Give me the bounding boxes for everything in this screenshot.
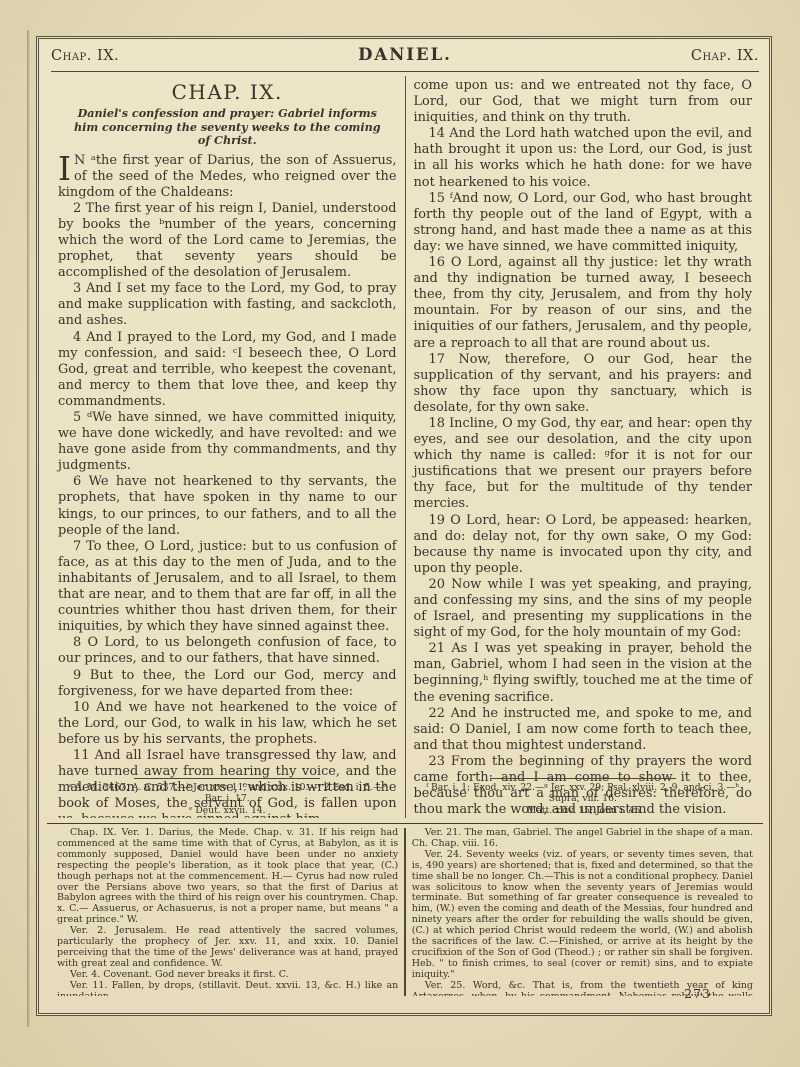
page-gutter-edge xyxy=(27,30,30,1027)
column-divider xyxy=(405,76,406,818)
verse: 15 ᶠAnd now, O Lord, our God, who hast b… xyxy=(414,191,753,255)
main-text-area: CHAP. IX. Daniel's confession and prayer… xyxy=(51,76,759,818)
verse: 21 As I was yet speaking in prayer, beho… xyxy=(414,641,753,705)
page-frame: Chap. IX. DANIEL. Chap. IX. CHAP. IX. Da… xyxy=(36,36,772,1016)
verse: 20 Now while I was yet speaking, and pra… xyxy=(414,577,753,641)
verse-1: IN ᵃthe first year of Darius, the son of… xyxy=(58,153,397,201)
footnote-rule xyxy=(134,778,320,779)
commentary-paragraph: Ver. 24. Seventy weeks (viz. of years, o… xyxy=(412,850,753,981)
verse: 3 And I set my face to the Lord, my God,… xyxy=(58,281,397,329)
right-text-column: come upon us: and we entreated not thy f… xyxy=(407,76,760,818)
left-text-column: CHAP. IX. Daniel's confession and prayer… xyxy=(51,76,404,818)
header-rule xyxy=(51,71,759,72)
footnote-rule xyxy=(490,778,676,779)
verse: 18 Incline, O my God, thy ear, and hear:… xyxy=(414,416,753,513)
verse: 6 We have not hearkened to thy servants,… xyxy=(58,474,397,538)
footnote-line: ᵉ Deut. xxvii. 14. xyxy=(58,805,397,816)
dropcap-letter: I xyxy=(58,153,74,183)
verse: 22 And he instructed me, and spoke to me… xyxy=(414,706,753,754)
verse: 14 And the Lord hath watched upon the ev… xyxy=(414,126,753,190)
running-head-right: Chap. IX. xyxy=(589,48,759,64)
right-footnotes: ᶠ Bar. i. 1; Exod. xiv. 22.—ᵍ Jer. xxv. … xyxy=(414,778,753,816)
commentary-divider-rule xyxy=(47,823,763,824)
commentary-left-column: Chap. IX. Ver. 1. Darius, the Mede. Chap… xyxy=(51,828,404,996)
verse: 5 ᵈWe have sinned, we have committed ini… xyxy=(58,410,397,474)
page-number: 273 xyxy=(684,986,711,1001)
chapter-heading: CHAP. IX. xyxy=(58,80,397,104)
verse: 10 And we have not hearkened to the voic… xyxy=(58,700,397,748)
footnote-line: ᶠ Bar. i. 1; Exod. xiv. 22.—ᵍ Jer. xxv. … xyxy=(414,782,753,805)
left-footnotes: ᵃ A. M. 3467, A. C. 537.—ᵇ Jer. xxv. 11,… xyxy=(58,778,397,816)
verse: 9 But to thee, the Lord our God, mercy a… xyxy=(58,668,397,700)
verse: 8 O Lord, to us belongeth confusion of f… xyxy=(58,635,397,667)
footnote-lines: ᶠ Bar. i. 1; Exod. xiv. 22.—ᵍ Jer. xxv. … xyxy=(414,782,753,816)
commentary-paragraph: Ver. 2. Jerusalem. He read attentively t… xyxy=(57,926,398,970)
verse: 4 And I prayed to the Lord, my God, and … xyxy=(58,330,397,410)
commentary-paragraph: Ver. 11. Fallen, by drops, (stillavit. D… xyxy=(57,981,398,996)
verse: 7 To thee, O Lord, justice: but to us co… xyxy=(58,539,397,636)
verse-13-continuation: come upon us: and we entreated not thy f… xyxy=(414,78,753,126)
verse: 2 The first year of his reign I, Daniel,… xyxy=(58,201,397,281)
commentary-paragraph: Ver. 21. The man, Gabriel. The angel Gab… xyxy=(412,828,753,850)
commentary-paragraph: Chap. IX. Ver. 1. Darius, the Mede. Chap… xyxy=(57,828,398,926)
chapter-argument: Daniel's confession and prayer: Gabriel … xyxy=(68,107,387,148)
running-head-title: DANIEL. xyxy=(221,45,589,64)
running-head-left: Chap. IX. xyxy=(51,48,221,64)
verse: 17 Now, therefore, O our God, hear the s… xyxy=(414,352,753,416)
footnote-line: ᵃ A. M. 3467, A. C. 537.—ᵇ Jer. xxv. 11,… xyxy=(58,782,397,805)
verse-1-text: N ᵃthe first year of Darius, the son of … xyxy=(58,153,397,200)
verse: 19 O Lord, hear: O Lord, be appeased: he… xyxy=(414,513,753,577)
left-verses: 2 The first year of his reign I, Daniel,… xyxy=(58,201,397,818)
footnote-line: ⁱ Matt. xxiv. 15; John i. 45. xyxy=(414,805,753,816)
commentary-section: Chap. IX. Ver. 1. Darius, the Mede. Chap… xyxy=(51,828,759,996)
running-head: Chap. IX. DANIEL. Chap. IX. xyxy=(51,45,759,69)
commentary-right-column: Ver. 21. The man, Gabriel. The angel Gab… xyxy=(406,828,759,996)
verse: 16 O Lord, against all thy justice: let … xyxy=(414,255,753,352)
footnote-lines: ᵃ A. M. 3467, A. C. 537.—ᵇ Jer. xxv. 11,… xyxy=(58,782,397,816)
right-verses: 14 And the Lord hath watched upon the ev… xyxy=(414,126,753,818)
